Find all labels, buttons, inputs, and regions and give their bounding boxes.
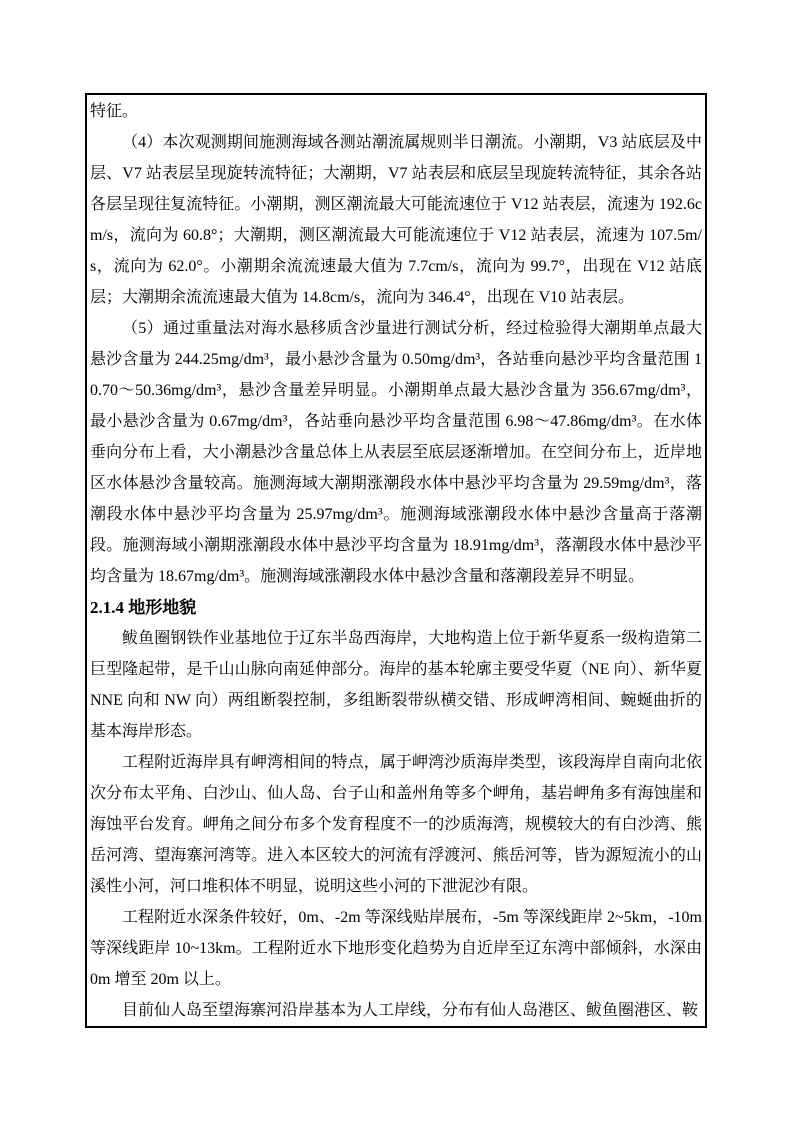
paragraph-water-depth: 工程附近水深条件较好，0m、-2m 等深线贴岸展布，-5m 等深线距岸 2~5k… [90, 902, 702, 995]
paragraph-suspended-sediment-analysis: （5）通过重量法对海水悬移质含沙量进行测试分析，经过检验得大潮期单点最大悬沙含量… [90, 313, 702, 592]
document-table-cell: 特征。 （4）本次观测期间施测海域各测站潮流属规则半日潮流。小潮期，V3 站底层… [85, 93, 707, 1028]
paragraph-tidal-current-observation: （4）本次观测期间施测海域各测站潮流属规则半日潮流。小潮期，V3 站底层及中层、… [90, 127, 702, 313]
section-heading-topography: 2.1.4 地形地貌 [90, 592, 702, 623]
paragraph-continuation: 特征。 [90, 96, 702, 127]
paragraph-artificial-shoreline: 目前仙人岛至望海寨河沿岸基本为人工岸线，分布有仙人岛港区、鲅鱼圈港区、鞍 [90, 995, 702, 1026]
document-page: 特征。 （4）本次观测期间施测海域各测站潮流属规则半日潮流。小潮期，V3 站底层… [0, 0, 793, 1122]
paragraph-geological-structure: 鲅鱼圈钢铁作业基地位于辽东半岛西海岸，大地构造上位于新华夏系一级构造第二巨型隆起… [90, 623, 702, 747]
paragraph-coastal-features: 工程附近海岸具有岬湾相间的特点，属于岬湾沙质海岸类型，该段海岸自南向北依次分布太… [90, 747, 702, 902]
